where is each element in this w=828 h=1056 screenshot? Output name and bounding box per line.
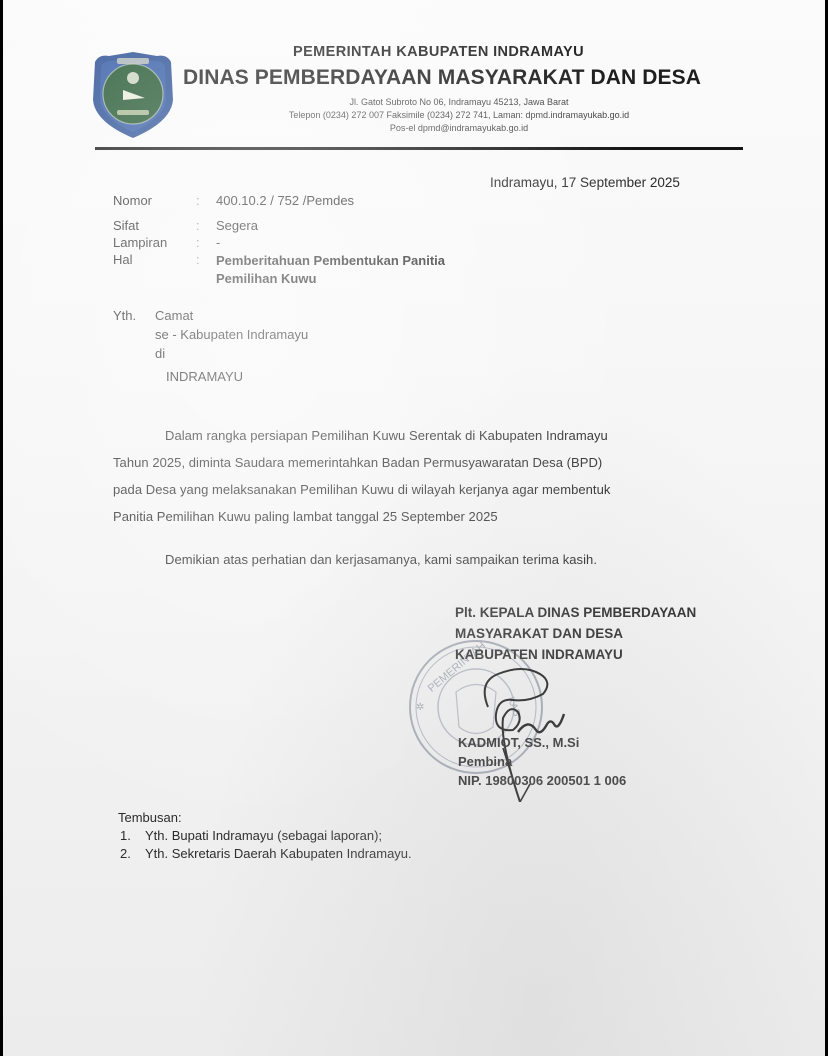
body-line: Tahun 2025, diminta Saudara memerintahka… [113, 455, 602, 470]
letterhead-government: PEMERINTAH KABUPATEN INDRAMAYU [293, 44, 584, 60]
meta-row-sifat: Sifat : Segera [113, 218, 258, 233]
meta-label: Lampiran [113, 235, 196, 250]
meta-colon: : [196, 252, 216, 288]
cc-heading: Tembusan: [118, 810, 182, 825]
meta-row-nomor: Nomor : 400.10.2 / 752 /Pemdes [113, 193, 354, 208]
meta-colon: : [196, 218, 216, 233]
recipient-line: se - Kabupaten Indramayu [155, 327, 308, 342]
letterhead-contact: Telepon (0234) 272 007 Faksimile (0234) … [93, 110, 825, 120]
cc-item-text: Yth. Bupati Indramayu (sebagai laporan); [145, 828, 382, 843]
letterhead-address: Jl. Gatot Subroto No 06, Indramayu 45213… [93, 97, 825, 107]
cc-item-number: 2. [120, 846, 131, 861]
signer-title-line: MASYARAKAT DAN DESA [455, 626, 623, 641]
body-line: pada Desa yang melaksanakan Pemilihan Ku… [113, 482, 610, 497]
letterhead-email: Pos-el dpmd@indramayukab.go.id [93, 123, 825, 133]
recipient-line: di [155, 346, 165, 361]
signer-name: KADMIOT, SS., M.Si [458, 735, 579, 750]
meta-value: 400.10.2 / 752 /Pemdes [216, 193, 354, 208]
recipient-city: INDRAMAYU [166, 369, 243, 384]
subject-line: Pemilihan Kuwu [216, 271, 316, 286]
place-date: Indramayu, 17 September 2025 [490, 175, 680, 190]
signer-title-line: Plt. KEPALA DINAS PEMBERDAYAAN [455, 605, 696, 620]
meta-row-hal: Hal : Pemberitahuan Pembentukan Panitia … [113, 252, 445, 288]
signer-rank: Pembina [458, 754, 512, 769]
letterhead-divider [95, 147, 743, 150]
recipient-salutation: Yth. [113, 308, 136, 323]
meta-value-subject: Pemberitahuan Pembentukan Panitia Pemili… [216, 252, 445, 288]
meta-label: Nomor [113, 193, 196, 208]
closing-line: Demikian atas perhatian dan kerjasamanya… [165, 552, 597, 567]
letter-page: PEMERINTAH KABUPATEN INDRAMAYU DINAS PEM… [3, 0, 825, 1056]
cc-item-text: Yth. Sekretaris Daerah Kabupaten Indrama… [145, 846, 412, 861]
meta-value: - [216, 235, 220, 250]
meta-label: Sifat [113, 218, 196, 233]
body-line: Dalam rangka persiapan Pemilihan Kuwu Se… [165, 428, 608, 443]
svg-text:✲: ✲ [416, 702, 424, 713]
body-line: Panitia Pemilihan Kuwu paling lambat tan… [113, 509, 498, 524]
meta-row-lampiran: Lampiran : - [113, 235, 220, 250]
meta-colon: : [196, 235, 216, 250]
letterhead-department: DINAS PEMBERDAYAAN MASYARAKAT DAN DESA [183, 66, 701, 90]
recipient-line: Camat [155, 308, 193, 323]
meta-label: Hal [113, 252, 196, 288]
cc-item-number: 1. [120, 828, 131, 843]
meta-colon: : [196, 193, 216, 208]
subject-line: Pemberitahuan Pembentukan Panitia [216, 253, 445, 268]
signer-nip: NIP. 19800306 200501 1 006 [458, 773, 626, 788]
meta-value: Segera [216, 218, 258, 233]
